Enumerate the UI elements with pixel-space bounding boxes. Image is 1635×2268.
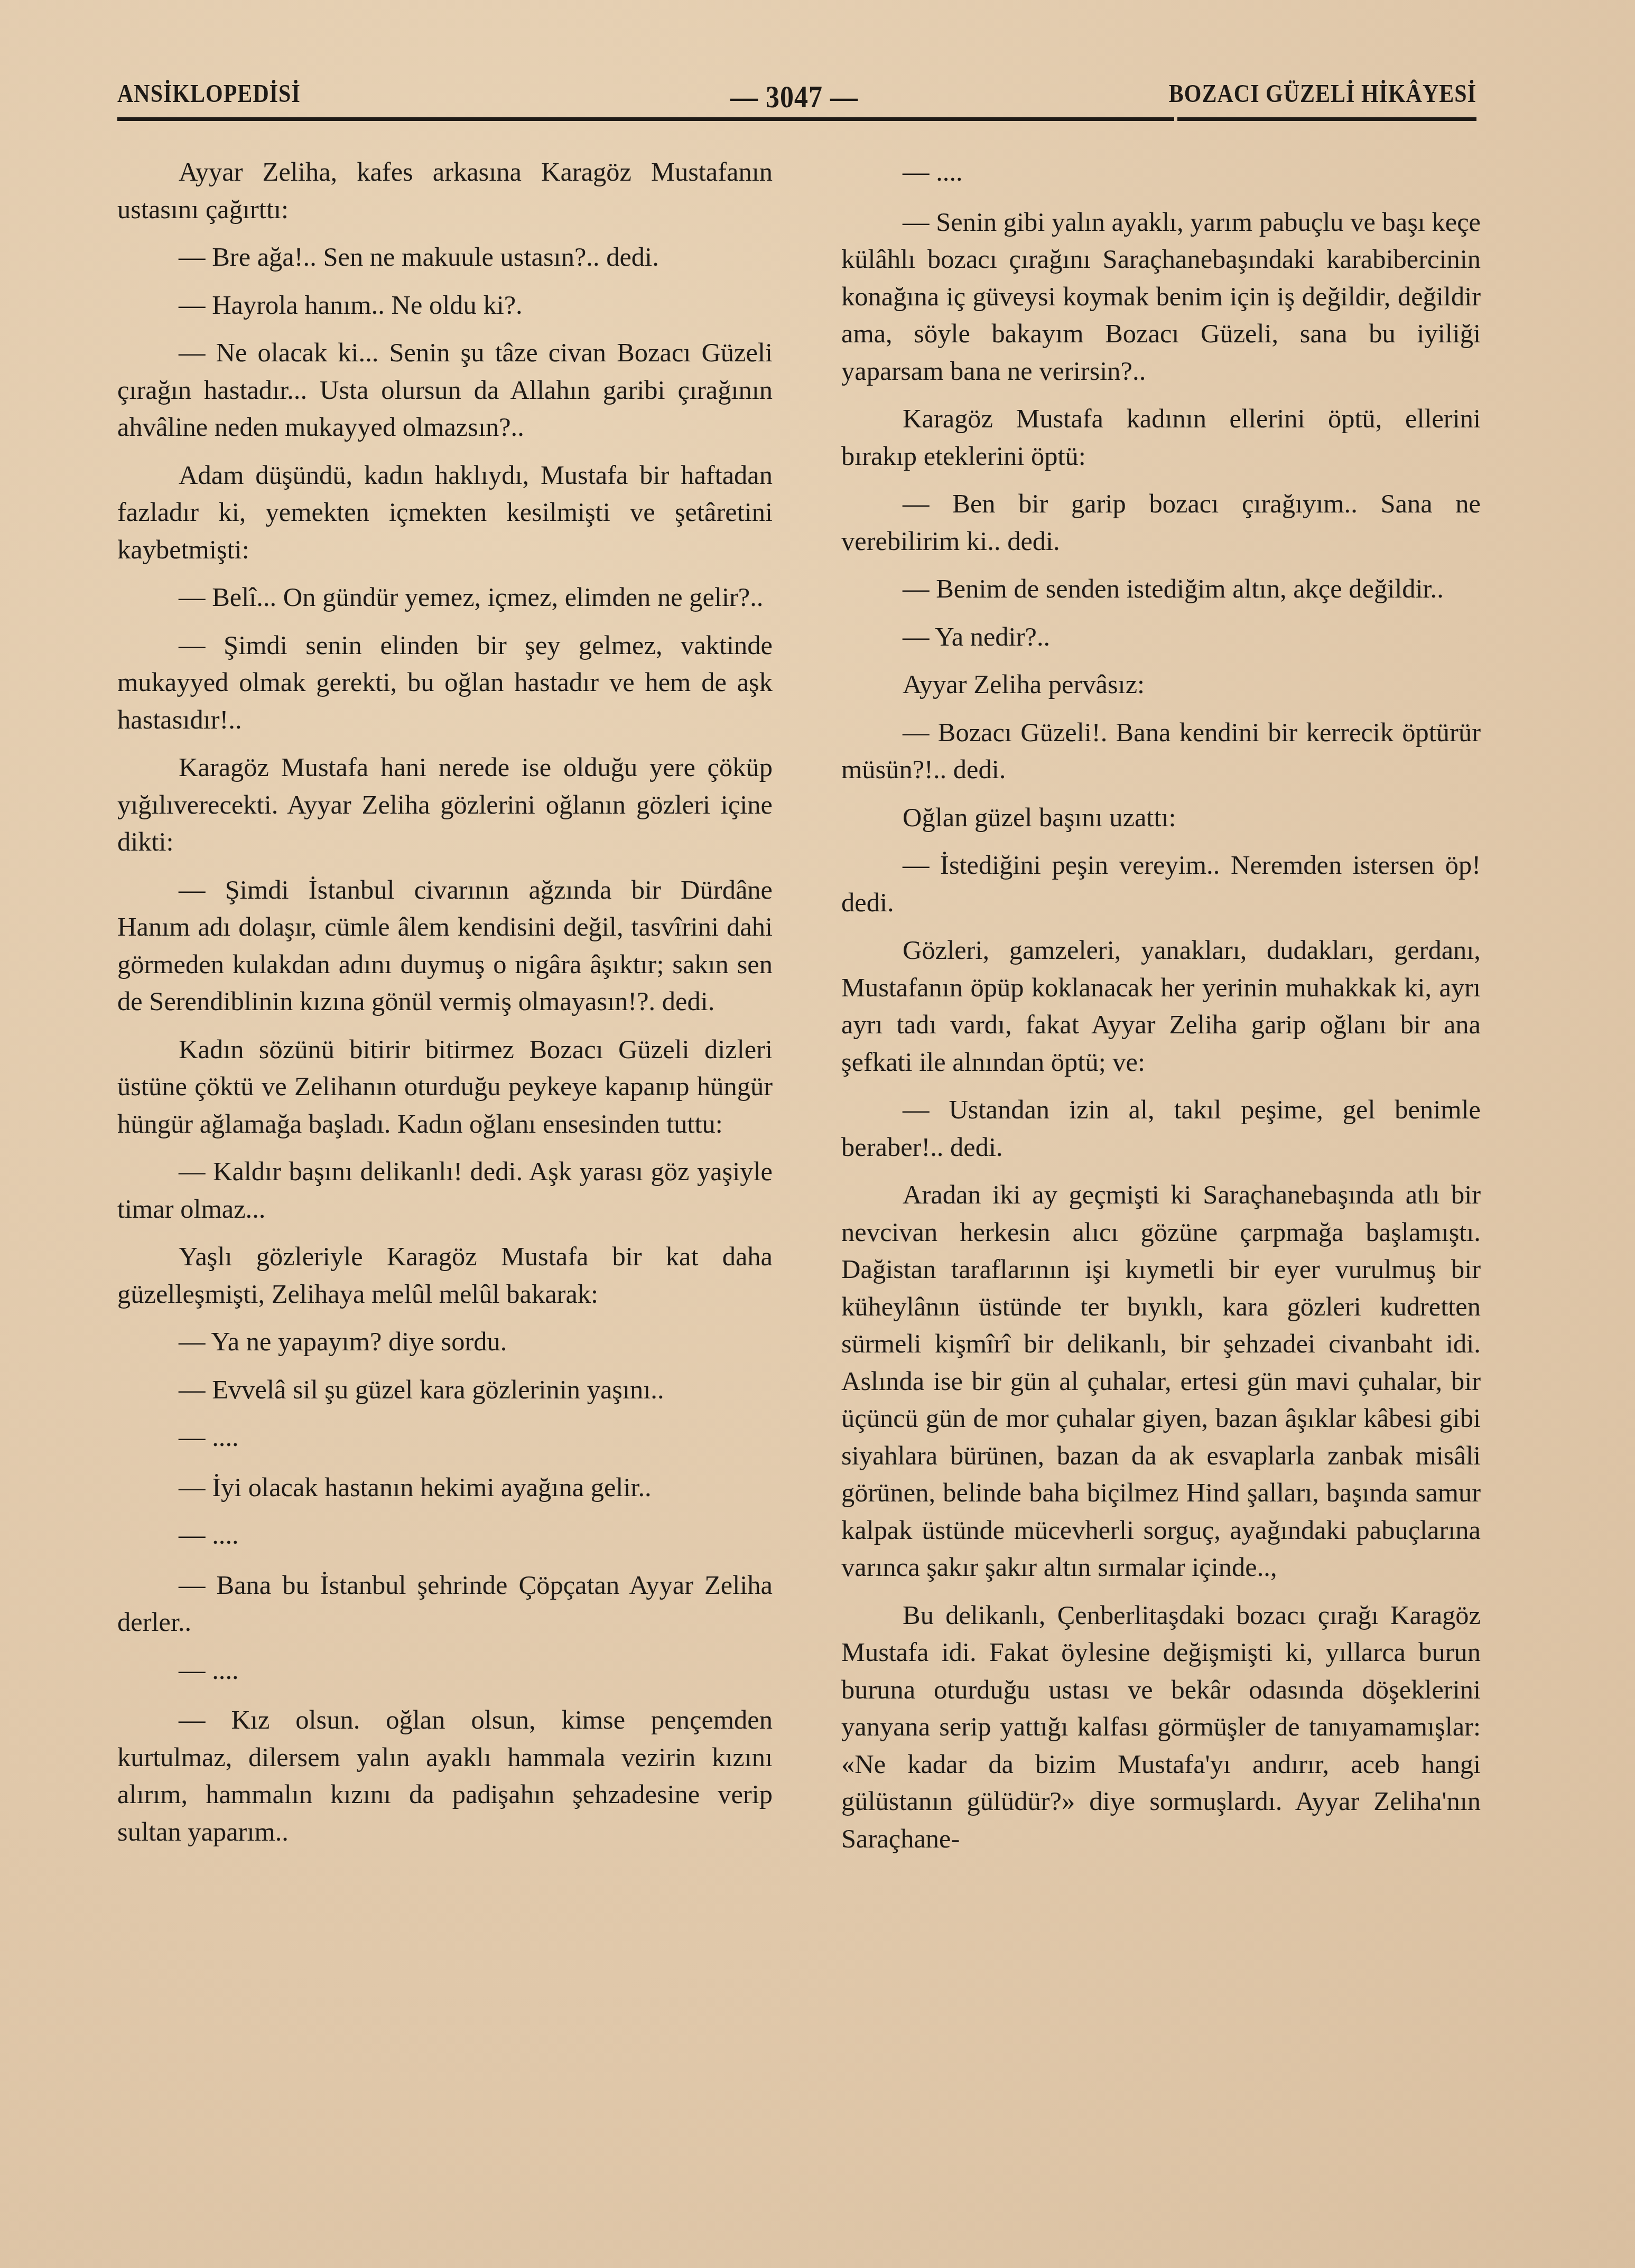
paragraph: — Kız olsun. oğlan olsun, kimse pençemde… (117, 1701, 773, 1850)
paragraph: — .... (117, 1651, 773, 1689)
paragraph: Kadın sözünü bitirir bitirmez Bozacı Güz… (117, 1031, 773, 1143)
right-text-column: — .... — Senin gibi yalın ayaklı, yarım … (841, 153, 1481, 1868)
paragraph: — .... (117, 1516, 773, 1554)
paragraph: Oğlan güzel başını uzattı: (841, 799, 1481, 836)
paragraph: — Belî... On gündür yemez, içmez, elimde… (117, 578, 773, 616)
paragraph: — Ustandan izin al, takıl peşime, gel be… (841, 1091, 1481, 1165)
paragraph: Yaşlı gözleriyle Karagöz Mustafa bir kat… (117, 1238, 773, 1312)
paragraph: — Ya nedir?.. (841, 618, 1481, 656)
paragraph: Gözleri, gamzeleri, yanakları, dudakları… (841, 931, 1481, 1080)
paragraph: — .... (841, 153, 1481, 191)
paragraph: Ayyar Zeliha, kafes arkasına Karagöz Mus… (117, 153, 773, 228)
paragraph: Bu delikanlı, Çenberlitaşdaki bozacı çır… (841, 1597, 1481, 1858)
paragraph: — Bre ağa!.. Sen ne makuule ustasın?.. d… (117, 238, 773, 276)
paragraph: — Ben bir garip bozacı çırağıyım.. Sana … (841, 485, 1481, 559)
header-article-title: BOZACI GÜZELİ HİKÂYESİ (1169, 79, 1476, 108)
paragraph: — İyi olacak hastanın hekimi ayağına gel… (117, 1469, 773, 1506)
paragraph: — Bana bu İstanbul şehrinde Çöpçatan Ayy… (117, 1566, 773, 1641)
paragraph: — .... (117, 1418, 773, 1456)
paragraph: — Ne olacak ki... Senin şu tâze civan Bo… (117, 334, 773, 446)
paragraph: — Ya ne yapayım? diye sordu. (117, 1323, 773, 1360)
page-number: — 3047 — (730, 79, 858, 115)
paragraph: — Kaldır başını delikanlı! dedi. Aşk yar… (117, 1153, 773, 1227)
paragraph: Karagöz Mustafa hani nerede ise olduğu y… (117, 749, 773, 861)
header-rule-right (1177, 117, 1476, 121)
running-header: ANSİKLOPEDİSİ — 3047 — BOZACI GÜZELİ HİK… (117, 79, 1476, 122)
left-text-column: Ayyar Zeliha, kafes arkasına Karagöz Mus… (117, 153, 773, 1861)
paragraph: — İstediğini peşin vereyim.. Neremden is… (841, 846, 1481, 921)
header-publication-title: ANSİKLOPEDİSİ (117, 79, 301, 108)
paragraph: Adam düşündü, kadın haklıydı, Mustafa bi… (117, 456, 773, 568)
paragraph: — Bozacı Güzeli!. Bana kendini bir kerre… (841, 714, 1481, 788)
encyclopedia-page: ANSİKLOPEDİSİ — 3047 — BOZACI GÜZELİ HİK… (0, 0, 1635, 2268)
paragraph: — Şimdi senin elinden bir şey gelmez, va… (117, 627, 773, 739)
paragraph: — Hayrola hanım.. Ne oldu ki?. (117, 286, 773, 324)
paragraph: Karagöz Mustafa kadının ellerini öptü, e… (841, 400, 1481, 474)
paragraph: Ayyar Zeliha pervâsız: (841, 666, 1481, 703)
paragraph: — Şimdi İstanbul civarının ağzında bir D… (117, 871, 773, 1020)
paragraph: — Evvelâ sil şu güzel kara gözlerinin ya… (117, 1371, 773, 1408)
paragraph: Aradan iki ay geçmişti ki Saraçhanebaşın… (841, 1176, 1481, 1586)
paragraph: — Benim de senden istediğim altın, akçe … (841, 570, 1481, 608)
header-rule-left (117, 117, 1174, 121)
paragraph: — Senin gibi yalın ayaklı, yarım pabuçlu… (841, 203, 1481, 390)
